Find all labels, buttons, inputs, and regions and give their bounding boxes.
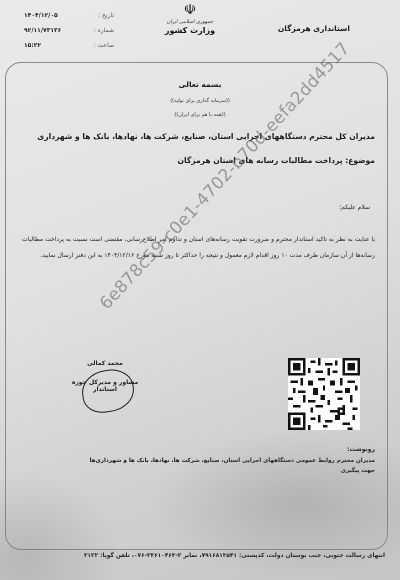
iran-emblem-icon: ☫ xyxy=(162,2,218,18)
meta-number-value: ۹۲/۱۱/۷۳۱۳۶ xyxy=(24,23,61,38)
meta-date-value: ۱۴۰۴/۱۲/۰۵ xyxy=(24,8,58,23)
meta-date: تاریخ : ۱۴۰۴/۱۲/۰۵ xyxy=(24,8,114,23)
motto-investment: ((سرمایه گذاری برای تولید)) xyxy=(0,98,400,104)
letter-photo: تاریخ : ۱۴۰۴/۱۲/۰۵ شماره : ۹۲/۱۱/۷۳۱۳۶ س… xyxy=(0,0,400,580)
letter-greeting: سلام علیکم؛ xyxy=(339,204,370,211)
emblem-block: ☫ جمهوری اسلامی ایران وزارت کشور xyxy=(162,2,218,36)
cc-recipients: مدیران محترم روابط عمومی دستگاههای اجرای… xyxy=(75,456,375,476)
meta-time-value: ۱۵:۲۲ xyxy=(24,38,41,53)
emblem-republic-text: جمهوری اسلامی ایران xyxy=(162,18,218,26)
motto-together: ((همه با هم برای ایران)) xyxy=(0,112,400,118)
letter-body: با عنایت به نظر به تاکید استاندار محترم … xyxy=(22,232,375,264)
letter-meta: تاریخ : ۱۴۰۴/۱۲/۰۵ شماره : ۹۲/۱۱/۷۳۱۳۶ س… xyxy=(24,8,114,53)
letter-header: تاریخ : ۱۴۰۴/۱۲/۰۵ شماره : ۹۲/۱۱/۷۳۱۳۶ س… xyxy=(0,0,400,62)
letter-subject: موضوع: پرداخت مطالبات رسانه های استان هر… xyxy=(30,156,375,165)
basmala: بسمه تعالی xyxy=(0,80,400,89)
meta-date-label: تاریخ : xyxy=(98,8,114,23)
cc-label: رونوشت: xyxy=(347,446,375,453)
organization-name: استانداری هرمزگان xyxy=(278,24,350,33)
meta-time: ساعت : ۱۵:۲۲ xyxy=(24,38,114,53)
signatory-name: محمد کمالی xyxy=(60,360,150,367)
qr-code-icon xyxy=(288,358,360,430)
meta-time-label: ساعت : xyxy=(94,38,114,53)
footer-address: انتهای رسالت جنوبی، جنب بوستان دولت، کدپ… xyxy=(58,553,385,559)
letter-recipient: مدیران کل محترم دستگاههای اجرایی استان، … xyxy=(30,129,375,144)
meta-number: شماره : ۹۲/۱۱/۷۳۱۳۶ xyxy=(24,23,114,38)
emblem-ministry-text: وزارت کشور xyxy=(162,26,218,36)
meta-number-label: شماره : xyxy=(94,23,114,38)
